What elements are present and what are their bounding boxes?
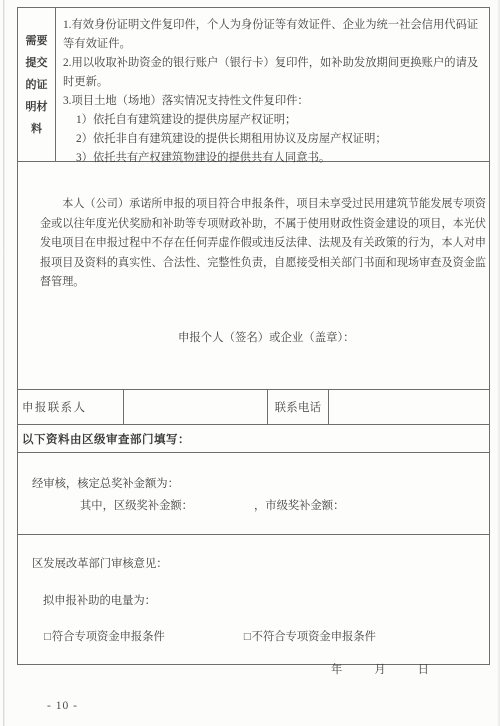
date-month-label: 月: [374, 661, 385, 680]
date-year-label: 年: [331, 661, 342, 680]
materials-label-line: 的证: [26, 74, 48, 96]
commitment-paragraph: 本人（公司）承诺所申报的项目符合申报条件，项目未享受过民用建筑节能发展专项资金或…: [40, 195, 486, 293]
signature-label: 申报个人（签名）或企业（盖章）：: [18, 329, 489, 345]
materials-label-line: 需要: [26, 30, 48, 52]
materials-row: 需要 提交 的证 明材 料 1.有效身份证明文件复印件，个人为身份证等有效证件、…: [18, 8, 489, 162]
page-edge-shadow-left: [3, 0, 5, 726]
materials-list: 1.有效身份证明文件复印件，个人为身份证等有效证件、企业为统一社会信用代码证等有…: [56, 8, 489, 161]
contact-row: 申报联系人 联系电话: [18, 390, 489, 425]
checkbox-unchecked-icon[interactable]: □: [44, 628, 51, 647]
materials-item-3-sub-1: 1）依托自有建筑建设的提供房屋产权证明；: [63, 111, 485, 130]
materials-item-2: 2.用以收取补助资金的银行账户（银行卡）复印件，如补助发放期间更换账户的请及时更…: [63, 54, 485, 92]
materials-label-line: 明材: [26, 96, 48, 118]
materials-label-line: 料: [31, 118, 42, 140]
contact-phone-label: 联系电话: [268, 390, 329, 424]
total-award-amount-label: 经审核，核定总奖补金额为：: [32, 475, 489, 494]
page-number: - 10 -: [47, 700, 78, 712]
materials-item-3-sub-3: 3）依托共有产权建筑物建设的提供共有人同意书。: [63, 149, 485, 168]
contact-name-label: 申报联系人: [18, 390, 124, 424]
electricity-amount-label: 拟申报补助的电量为：: [32, 592, 489, 611]
materials-item-3: 3.项目土地（场地）落实情况支持性文件复印件：: [63, 92, 485, 111]
checkbox-qualified-label: 符合专项资金申报条件: [52, 628, 165, 647]
approval-opinion-row: 区发展改革部门审核意见： 拟申报补助的电量为： □ 符合专项资金申报条件 □ 不…: [18, 535, 489, 697]
checkbox-option-not-qualified[interactable]: □ 不符合专项资金申报条件: [244, 628, 376, 647]
checkbox-not-qualified-label: 不符合专项资金申报条件: [252, 628, 376, 647]
materials-row-label: 需要 提交 的证 明材 料: [18, 8, 56, 161]
date-day-label: 日: [418, 661, 429, 680]
materials-label-line: 提交: [26, 52, 48, 74]
district-award-amount-blank[interactable]: [193, 508, 254, 509]
checkbox-option-qualified[interactable]: □ 符合专项资金申报条件: [44, 628, 165, 647]
application-form-table: 需要 提交 的证 明材 料 1.有效身份证明文件复印件，个人为身份证等有效证件、…: [17, 7, 490, 665]
review-section-header: 以下资料由区级审查部门填写：: [18, 425, 489, 453]
contact-name-input-cell[interactable]: [124, 390, 268, 424]
checkbox-unchecked-icon[interactable]: □: [244, 628, 251, 647]
approval-date-line: 年 月 日: [32, 661, 489, 680]
award-amount-row: 经审核，核定总奖补金额为： 其中，区级奖补金额：，市级奖补金额：: [18, 453, 489, 535]
materials-item-1: 1.有效身份证明文件复印件，个人为身份证等有效证件、企业为统一社会信用代码证等有…: [63, 16, 485, 54]
scanned-form-page: 需要 提交 的证 明材 料 1.有效身份证明文件复印件，个人为身份证等有效证件、…: [0, 0, 500, 726]
materials-item-3-sub-2: 2）依托非自有建筑建设的提供长期租用协议及房屋产权证明；: [63, 130, 485, 149]
commitment-row: 本人（公司）承诺所申报的项目符合申报条件，项目未享受过民用建筑节能发展专项资金或…: [18, 195, 489, 390]
qualification-checkbox-group: □ 符合专项资金申报条件 □ 不符合专项资金申报条件: [32, 628, 489, 647]
award-amount-breakdown: 其中，区级奖补金额：，市级奖补金额：: [32, 497, 489, 516]
contact-phone-input-cell[interactable]: [329, 390, 489, 424]
district-award-amount-label: 其中，区级奖补金额：: [80, 500, 193, 512]
approval-opinion-label: 区发展改革部门审核意见：: [32, 535, 489, 574]
city-award-amount-label: ，市级奖补金额：: [254, 500, 344, 512]
